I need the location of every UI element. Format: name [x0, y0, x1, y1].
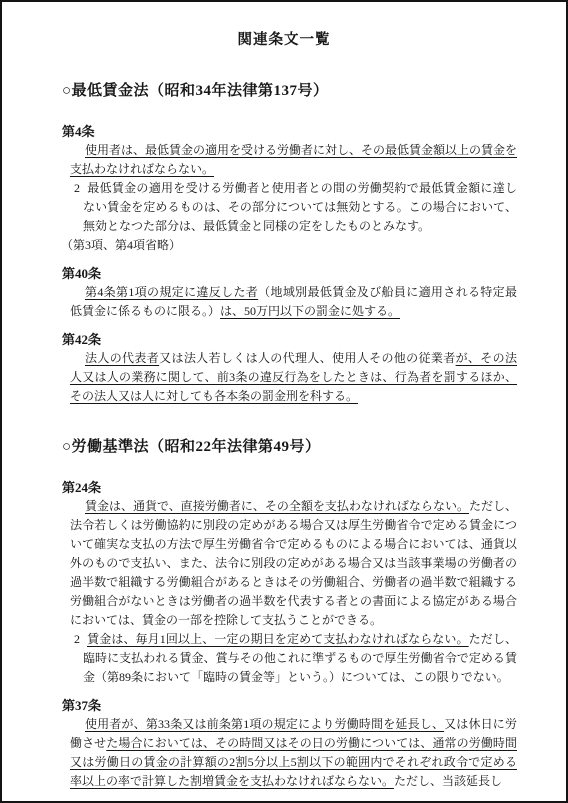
underlined-text-run: 使用者は、最低賃金の適用を受ける労働者に対し、その最低賃金額以上の賃金を支払わな… [70, 143, 517, 176]
item-number: 2 [74, 181, 80, 195]
article-4: 第4条 使用者は、最低賃金の適用を受ける労働者に対し、その最低賃金額以上の賃金を… [62, 122, 522, 255]
text-run: 又は法人若しくは人の代理人、使用人その他の従業者 [159, 351, 455, 365]
article-paragraph: 使用者は、最低賃金の適用を受ける労働者に対し、その最低賃金額以上の賃金を支払わな… [70, 141, 517, 179]
article-paragraph: 法人の代表者又は法人若しくは人の代理人、使用人その他の従業者が、その法人又は人の… [70, 349, 517, 406]
document-title-text: 関連条文一覧 [238, 32, 331, 48]
text-run: 最低賃金の適用を受ける労働者と使用者との間の労働契約で最低賃金額に達しない賃金を… [83, 181, 517, 233]
omission-note: （第3項、第4項省略） [61, 236, 517, 255]
article-item-paragraph: 2最低賃金の適用を受ける労働者と使用者との間の労働契約で最低賃金額に達しない賃金… [83, 179, 517, 236]
article-number: 第24条 [62, 478, 522, 497]
article-24: 第24条 賃金は、通貨で、直接労働者に、その全額を支払わなければならない。ただし… [62, 478, 522, 687]
article-number: 第42条 [62, 330, 522, 349]
article-item-paragraph: 2賃金は、毎月1回以上、一定の期日を定めて支払わなければならない。ただし、臨時に… [83, 630, 517, 687]
underlined-text-run: 賃金は、通貨で、直接労働者に、その全額を支払わなければならない。 [85, 499, 469, 513]
law-title-minimum-wage-act: ○最低賃金法（昭和34年法律第137号） [62, 81, 522, 102]
text-run: ただし、当該延長し [394, 774, 502, 788]
document-title: 関連条文一覧 [46, 2, 522, 50]
underlined-text-run: 賃金は、毎月1回以上、一定の期日を定めて支払わなければならない。 [87, 632, 469, 646]
article-body: 法人の代表者又は法人若しくは人の代理人、使用人その他の従業者が、その法人又は人の… [70, 349, 517, 406]
article-body: 使用者が、第33条又は前条第1項の規定により労働時間を延長し、又は休日に労働させ… [70, 715, 517, 791]
article-40: 第40条 第4条第1項の規定に違反した者（地域別最低賃金及び船員に適用される特定… [62, 264, 522, 321]
underlined-text-run: は、50万円以下の罰金に処する。 [220, 304, 400, 318]
law-title-labor-standards-act: ○労働基準法（昭和22年法律第49号） [62, 437, 522, 458]
article-number: 第37条 [62, 696, 522, 715]
article-paragraph: 賃金は、通貨で、直接労働者に、その全額を支払わなければならない。ただし、法令若し… [70, 497, 517, 630]
item-number: 2 [74, 632, 80, 646]
article-number: 第4条 [62, 122, 522, 141]
article-paragraph: 使用者が、第33条又は前条第1項の規定により労働時間を延長し、又は休日に労働させ… [70, 715, 517, 791]
article-body: 賃金は、通貨で、直接労働者に、その全額を支払わなければならない。ただし、法令若し… [70, 497, 517, 687]
article-body: 第4条第1項の規定に違反した者（地域別最低賃金及び船員に適用される特定最低賃金に… [70, 283, 517, 321]
article-number: 第40条 [62, 264, 522, 283]
article-paragraph: 第4条第1項の規定に違反した者（地域別最低賃金及び船員に適用される特定最低賃金に… [70, 283, 517, 321]
text-run: （第3項、第4項省略） [61, 238, 181, 252]
article-body: 使用者は、最低賃金の適用を受ける労働者に対し、その最低賃金額以上の賃金を支払わな… [70, 141, 517, 255]
text-run: ただし、法令若しくは労働協約に別段の定めがある場合又は厚生労働省令で定める賃金に… [70, 499, 517, 627]
article-37: 第37条 使用者が、第33条又は前条第1項の規定により労働時間を延長し、又は休日… [62, 696, 522, 791]
document-content: 関連条文一覧 ○最低賃金法（昭和34年法律第137号） 第4条 使用者は、最低賃… [2, 2, 566, 791]
article-42: 第42条 法人の代表者又は法人若しくは人の代理人、使用人その他の従業者が、その法… [62, 330, 522, 406]
underlined-text-run: 使用者が、第33条又は前条第1項の規定により労働時間を延長し、 [85, 717, 444, 731]
underlined-text-run: 第4条第1項の規定に違反した者 [85, 285, 258, 299]
underlined-text-run: 法人の代表者 [85, 351, 159, 365]
document-page: 関連条文一覧 ○最低賃金法（昭和34年法律第137号） 第4条 使用者は、最低賃… [0, 0, 568, 803]
